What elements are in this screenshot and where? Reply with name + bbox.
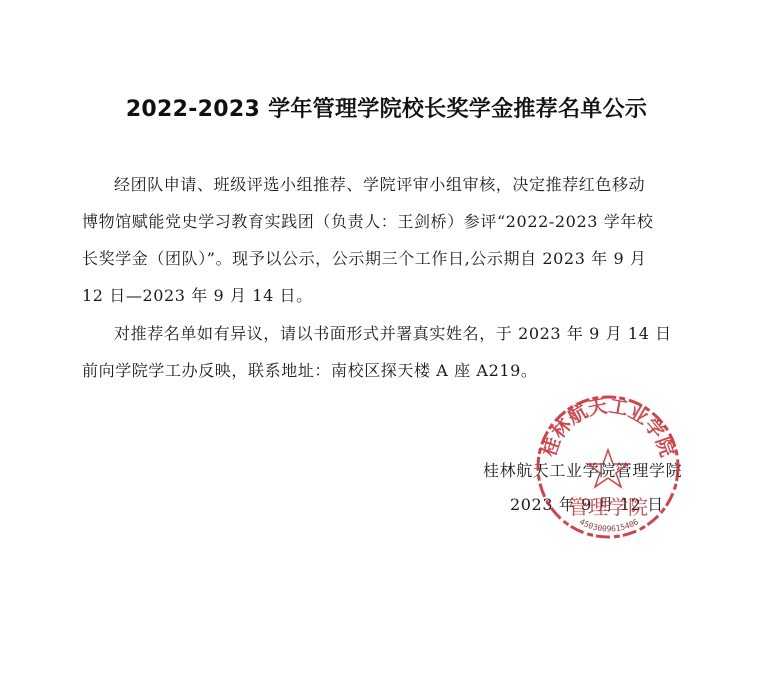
document-title: 2022-2023 学年管理学院校长奖学金推荐名单公示: [0, 92, 773, 123]
paragraph-line: 对推荐名单如有异议，请以书面形式并署真实姓名，于 2023 年 9 月 14 日: [82, 315, 692, 352]
paragraph-line: 长奖学金（团队）”。现予以公示，公示期三个工作日,公示期自 2023 年 9 月: [82, 240, 692, 277]
paragraph-line: 经团队申请、班级评选小组推荐、学院评审小组审核，决定推荐红色移动: [82, 166, 692, 203]
signature-date: 2023 年 9 月 12 日: [483, 488, 682, 522]
seal-arc-text: 桂林航天工业学院: [537, 395, 679, 459]
paragraph-line: 前向学院学工办反映，联系地址：南校区探天楼 A 座 A219。: [82, 352, 692, 389]
signature-block: 桂林航天工业学院管理学院 2023 年 9 月 12 日: [483, 454, 682, 522]
signature-organization: 桂林航天工业学院管理学院: [483, 454, 682, 488]
paragraph-line: 博物馆赋能党史学习教育实践团（负责人：王剑桥）参评“2022-2023 学年校: [82, 203, 692, 240]
paragraph-line: 12 日—2023 年 9 月 14 日。: [82, 277, 692, 314]
svg-text:桂林航天工业学院: 桂林航天工业学院: [537, 395, 679, 459]
document-page: 2022-2023 学年管理学院校长奖学金推荐名单公示 经团队申请、班级评选小组…: [0, 0, 773, 683]
paragraph-announcement: 经团队申请、班级评选小组推荐、学院评审小组审核，决定推荐红色移动 博物馆赋能党史…: [82, 166, 692, 314]
paragraph-objection: 对推荐名单如有异议，请以书面形式并署真实姓名，于 2023 年 9 月 14 日…: [82, 315, 692, 389]
